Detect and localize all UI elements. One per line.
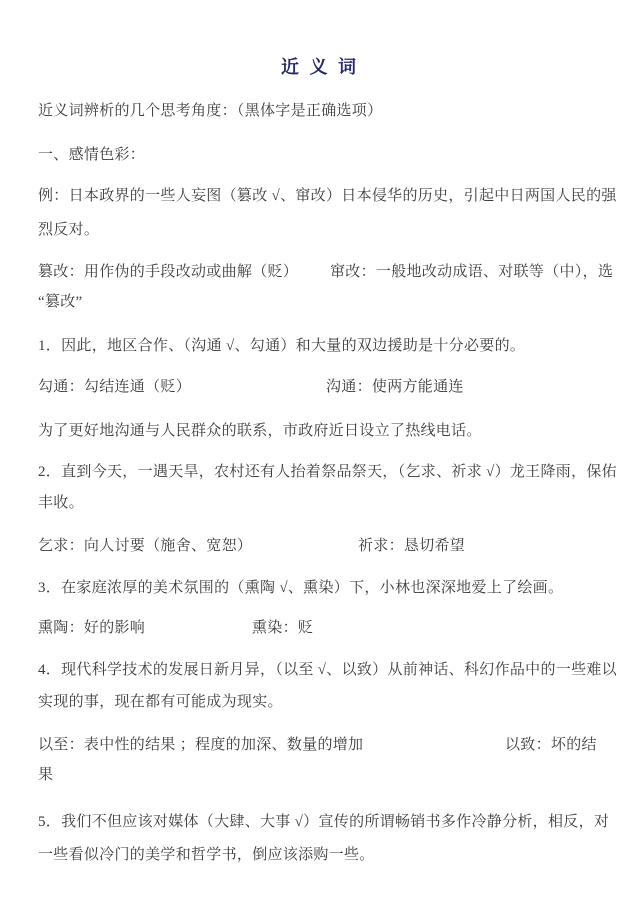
example-sentence-line2: 烈反对。 [38, 221, 99, 239]
q2-sentence-line2: 丰收。 [38, 494, 84, 512]
section-heading: 一、感情色彩： [38, 146, 145, 164]
q1-usage-note: 为了更好地沟通与人民群众的联系，市政府近日设立了热线电话。 [38, 422, 482, 440]
q4-sentence-line1: 4．现代科学技术的发展日新月异，（以至 √、以致）从前神话、科幻作品中的一些难以 [38, 661, 617, 679]
example-def-right: 窜改：一般地改动成语、对联等（中），选 [330, 263, 613, 281]
q2-def-left: 乞求：向人讨要（施舍、宽恕） [38, 537, 252, 555]
q4-def-right-cont: 果 [38, 766, 53, 784]
q5-sentence-line1: 5．我们不但应该对媒体（大肆、大事 √）宣传的所谓畅销书多作冷静分析，相反，对 [38, 813, 609, 831]
q3-def-left: 熏陶：好的影响 [38, 619, 145, 637]
q5-sentence-line2: 一些看似冷门的美学和哲学书，倒应该添购一些。 [38, 846, 375, 864]
q2-def-right: 祈求：恳切希望 [358, 537, 465, 555]
q1-def-right: 沟通：使两方能通连 [326, 378, 464, 396]
q3-sentence: 3．在家庭浓厚的美术氛围的（熏陶 √、熏染）下，小林也深深地爱上了绘画。 [38, 579, 563, 597]
example-def-right-cont: “篡改” [38, 293, 83, 311]
q2-sentence-line1: 2．直到今天，一遇天旱，农村还有人抬着祭品祭天，（乞求、祈求 √）龙王降雨，保佑 [38, 463, 617, 481]
example-def-left: 篡改：用作伪的手段改动或曲解（贬） [38, 263, 298, 281]
document-page: 近 义 词 近义词辨析的几个思考角度：（黑体字是正确选项） 一、感情色彩： 例：… [0, 0, 640, 905]
intro-line: 近义词辨析的几个思考角度：（黑体字是正确选项） [38, 102, 382, 120]
q1-sentence: 1．因此，地区合作、（沟通 √、勾通）和大量的双边援助是十分必要的。 [38, 337, 525, 355]
q4-def-left: 以至：表中性的结果 ；程度的加深、数量的增加 [38, 736, 363, 754]
page-title: 近 义 词 [0, 53, 640, 79]
q4-def-right: 以致：坏的结 [505, 736, 597, 754]
q3-def-right: 熏染：贬 [252, 619, 313, 637]
q1-def-left: 勾通：勾结连通（贬） [38, 378, 191, 396]
example-sentence-line1: 例：日本政界的一些人妄图（篡改 √、窜改）日本侵华的历史，引起中日两国人民的强 [38, 187, 617, 205]
q4-sentence-line2: 实现的事，现在都有可能成为现实。 [38, 693, 283, 711]
